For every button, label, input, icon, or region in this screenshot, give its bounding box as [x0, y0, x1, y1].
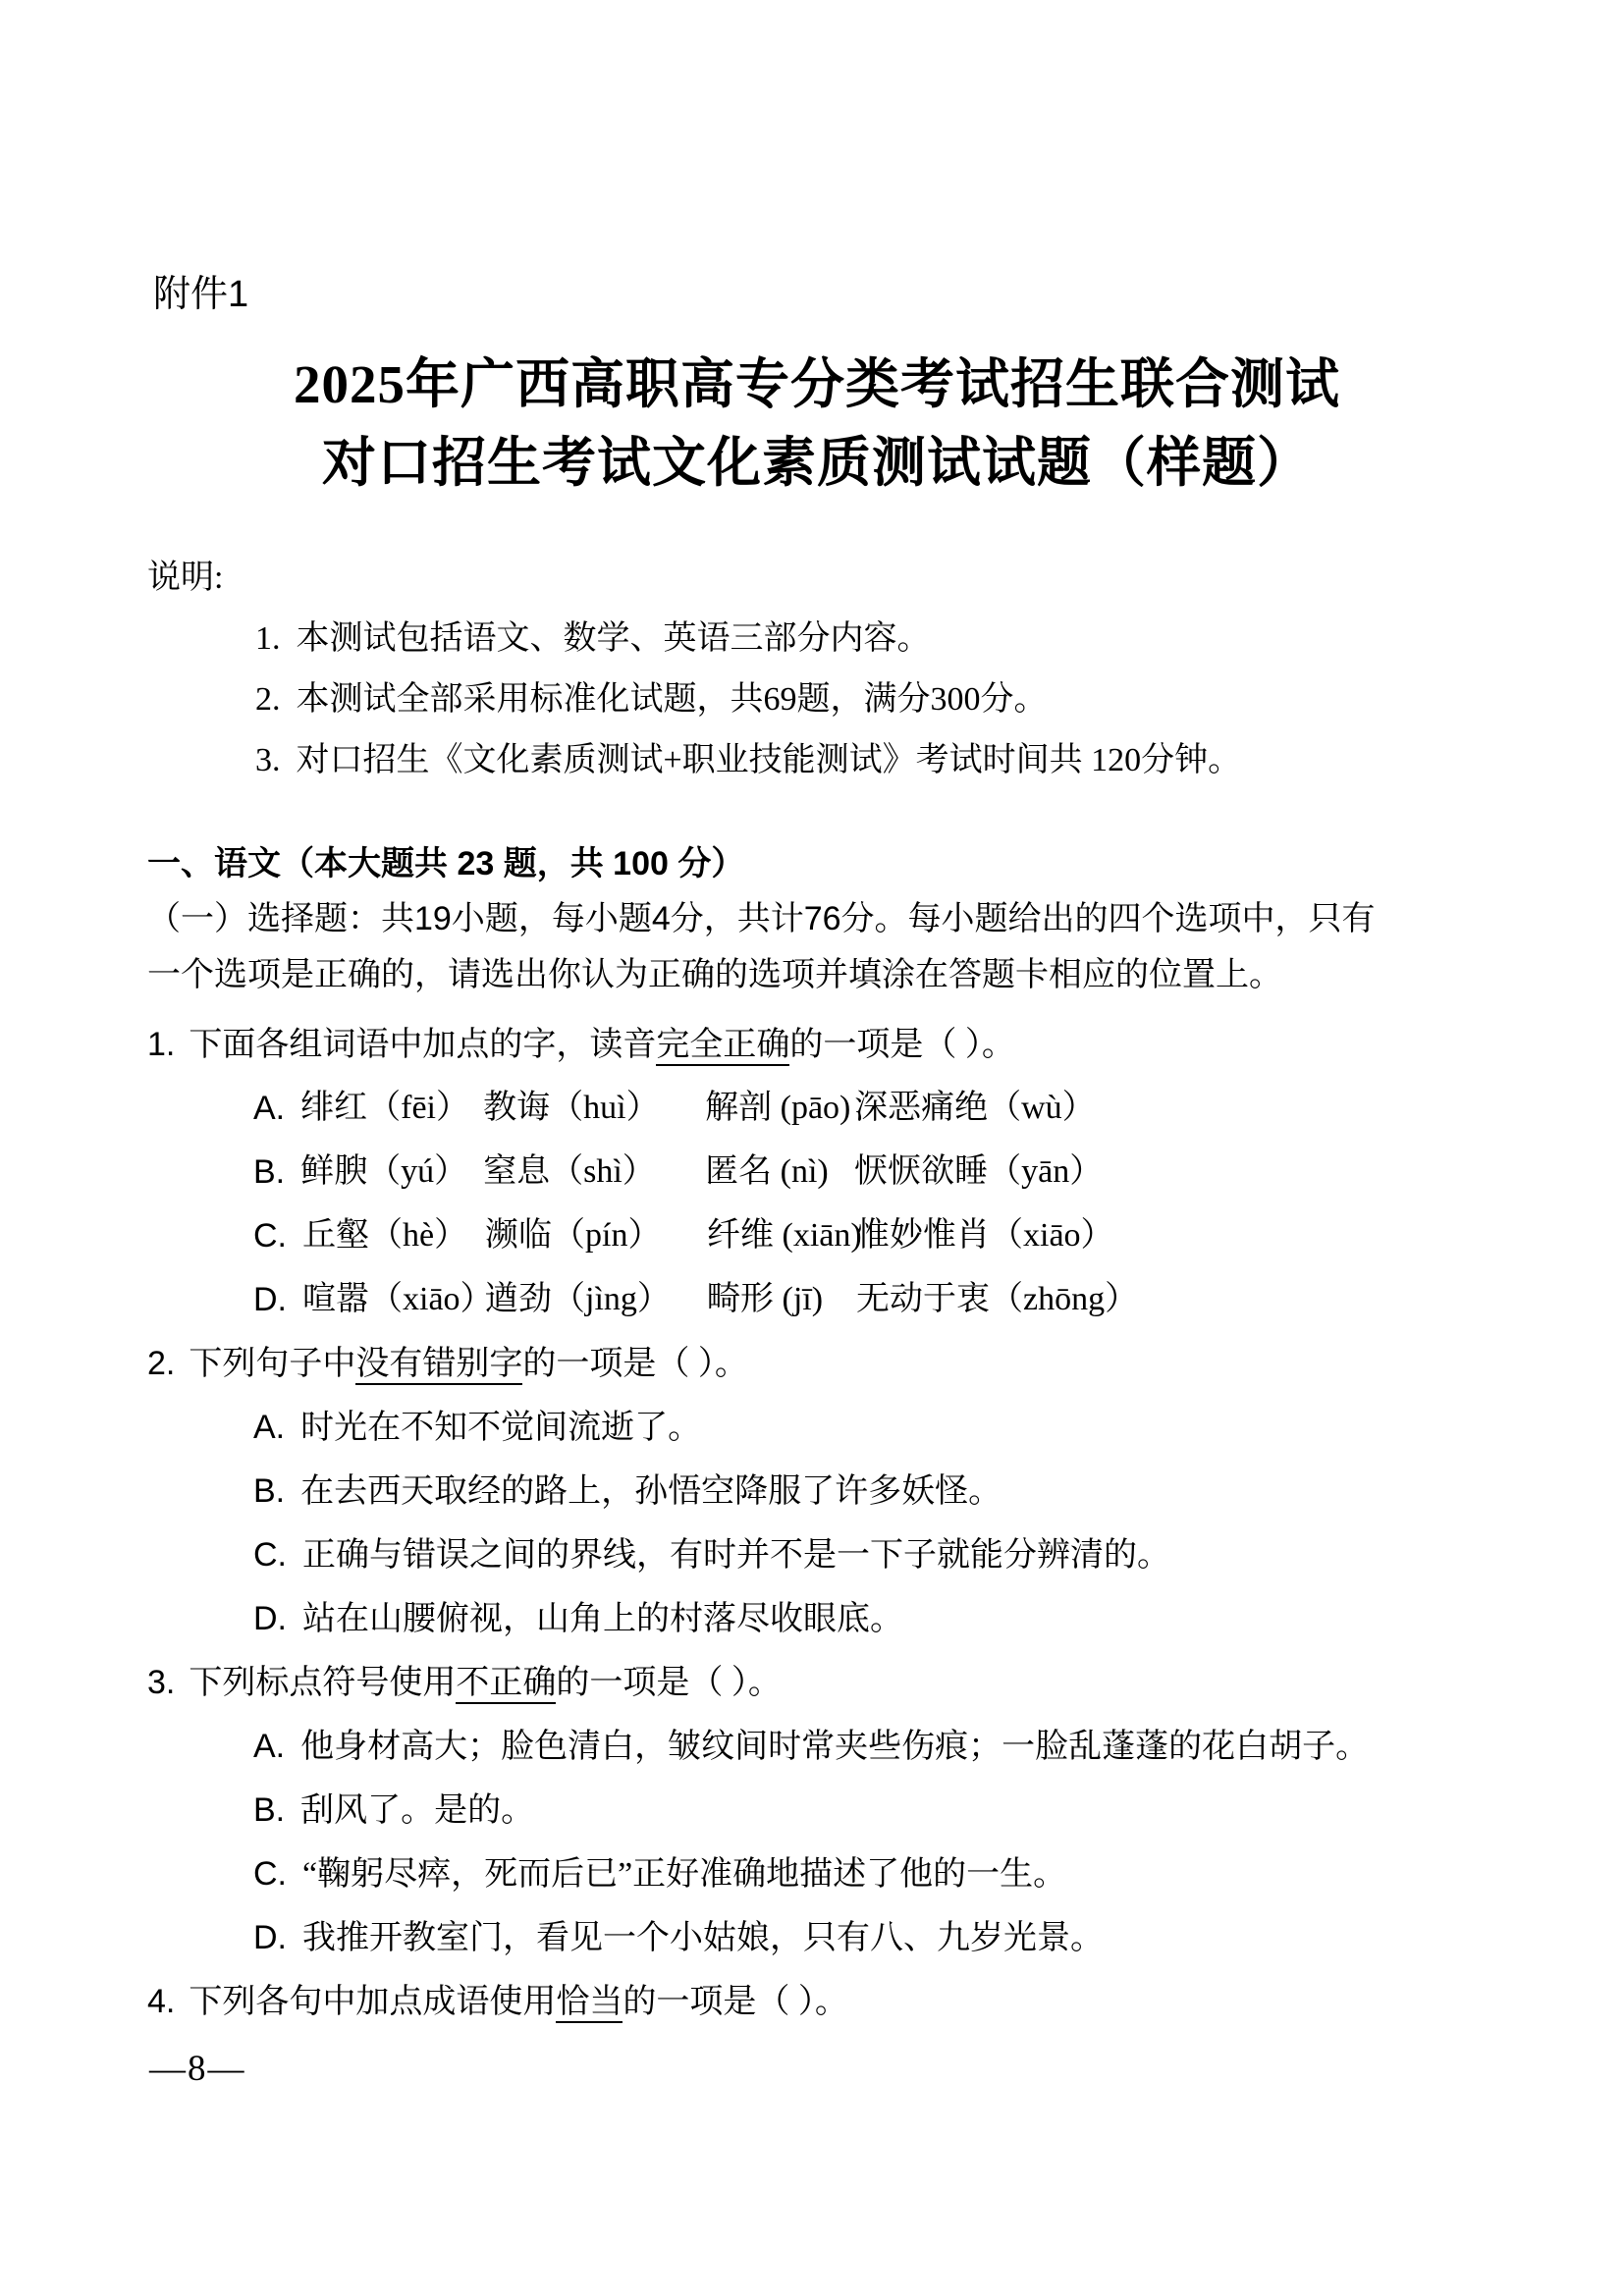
option-row-c: C.正确与错误之间的界线，有时并不是一下子就能分辨清的。	[253, 1523, 1487, 1587]
option-label: A.	[253, 1090, 285, 1127]
instruction-item-3: 3.对口招生《文化素质测试+职业技能测试》考试时间共 120分钟。	[255, 730, 1487, 791]
option-row-a: A.绯红（fēi）教诲（huì）解剖 (pāo)深恶痛绝（wù）	[253, 1077, 1487, 1141]
question-stem: 3.下列标点符号使用不正确的一项是（ ）。	[147, 1651, 1487, 1715]
page-content: 附件1 2025年广西高职高专分类考试招生联合测试 对口招生考试文化素质测试试题…	[0, 0, 1624, 2034]
word-group: 畸形 (jī)	[707, 1268, 856, 1331]
option-label: C.	[253, 1536, 287, 1574]
attachment-label: 附件1	[153, 273, 1487, 316]
option-row-a: A.时光在不知不觉间流逝了。	[253, 1396, 1487, 1460]
word-group: 解剖 (pāo)	[705, 1077, 854, 1140]
word-group: 恹恹欲睡（yān）	[854, 1141, 1103, 1203]
option-row-d: D.我推开教室门，看见一个小姑娘，只有八、九岁光景。	[253, 1906, 1487, 1970]
instruction-item-2: 2.本测试全部采用标准化试题，共69题，满分300分。	[255, 669, 1487, 730]
option-text: 刮风了。是的。	[300, 1792, 534, 1829]
question-number: 3.	[147, 1664, 175, 1701]
stem-underlined-text: 没有错别字	[355, 1346, 522, 1385]
option-label: D.	[253, 1600, 287, 1637]
word-group: 深恶痛绝（wù）	[854, 1077, 1096, 1140]
instruction-number: 1.	[255, 620, 281, 657]
option-label: C.	[253, 1855, 287, 1893]
option-text: 我推开教室门，看见一个小姑娘，只有八、九岁光景。	[302, 1920, 1104, 1956]
question-3: 3.下列标点符号使用不正确的一项是（ ）。 A.他身材高大；脸色清白，皱纹间时常…	[147, 1651, 1487, 1970]
option-text: 站在山腰俯视，山角上的村落尽收眼底。	[302, 1601, 903, 1637]
section-subheading-line-2: 一个选项是正确的，请选出你认为正确的选项并填涂在答题卡相应的位置上。	[147, 947, 1487, 1003]
stem-text: 下列句子中	[189, 1346, 355, 1382]
option-row-c: C.丘壑（hè）濒临（pín）纤维 (xiān)惟妙惟肖（xiāo）	[253, 1204, 1487, 1268]
title-line-1: 2025年广西高职高专分类考试招生联合测试	[147, 346, 1487, 424]
instructions-heading: 说明:	[147, 548, 1487, 609]
option-text: 正确与错误之间的界线，有时并不是一下子就能分辨清的。	[302, 1537, 1170, 1574]
question-stem: 4.下列各句中加点成语使用恰当的一项是（ ）。	[147, 1970, 1487, 2034]
question-number: 2.	[147, 1345, 175, 1382]
question-number: 4.	[147, 1983, 175, 2020]
word-group: 惟妙惟肖（xiāo）	[856, 1204, 1114, 1267]
stem-text: 下列标点符号使用	[189, 1665, 456, 1701]
word-group: 遒劲（jìng）	[485, 1268, 707, 1331]
stem-text: 下列各句中加点成语使用	[189, 1984, 556, 2020]
option-row-d: D.站在山腰俯视，山角上的村落尽收眼底。	[253, 1587, 1487, 1651]
stem-text: 的一项是（ ）。	[556, 1665, 782, 1701]
instructions-block: 说明: 1.本测试包括语文、数学、英语三部分内容。 2.本测试全部采用标准化试题…	[147, 548, 1487, 791]
document-title: 2025年广西高职高专分类考试招生联合测试 对口招生考试文化素质测试试题（样题）	[147, 346, 1487, 503]
section-heading: 一、语文（本大题共 23 题，共 100 分）	[147, 836, 1487, 891]
question-stem: 2.下列句子中没有错别字的一项是（ ）。	[147, 1332, 1487, 1396]
question-4: 4.下列各句中加点成语使用恰当的一项是（ ）。	[147, 1970, 1487, 2034]
word-group: 匿名 (nì)	[705, 1141, 854, 1203]
document-page: 附件1 2025年广西高职高专分类考试招生联合测试 对口招生考试文化素质测试试题…	[0, 0, 1624, 2296]
option-label: C.	[253, 1217, 287, 1255]
option-label: B.	[253, 1153, 285, 1191]
option-label: B.	[253, 1791, 285, 1829]
option-label: D.	[253, 1281, 287, 1318]
stem-underlined-text: 恰当	[556, 1984, 623, 2023]
option-text: 时光在不知不觉间流逝了。	[300, 1410, 701, 1446]
option-text: 他身材高大；脸色清白，皱纹间时常夹些伤痕；一脸乱蓬蓬的花白胡子。	[300, 1729, 1369, 1765]
word-group: 鲜腴（yú）	[300, 1141, 483, 1203]
option-row-b: B.在去西天取经的路上，孙悟空降服了许多妖怪。	[253, 1460, 1487, 1523]
instruction-text: 本测试全部采用标准化试题，共69题，满分300分。	[297, 681, 1048, 718]
question-stem: 1.下面各组词语中加点的字，读音完全正确的一项是（ ）。	[147, 1013, 1487, 1077]
option-label: D.	[253, 1919, 287, 1956]
word-group: 濒临（pín）	[485, 1204, 707, 1267]
instruction-text: 对口招生《文化素质测试+职业技能测试》考试时间共 120分钟。	[297, 742, 1242, 778]
instruction-number: 3.	[255, 742, 281, 778]
section-chinese: 一、语文（本大题共 23 题，共 100 分） （一）选择题：共19小题，每小题…	[147, 836, 1487, 1003]
question-2: 2.下列句子中没有错别字的一项是（ ）。 A.时光在不知不觉间流逝了。 B.在去…	[147, 1332, 1487, 1651]
instruction-text: 本测试包括语文、数学、英语三部分内容。	[297, 620, 931, 657]
option-row-b: B.刮风了。是的。	[253, 1779, 1487, 1842]
option-row-b: B.鲜腴（yú）窒息（shì）匿名 (nì)恹恹欲睡（yān）	[253, 1141, 1487, 1204]
stem-text: 的一项是（ ）。	[789, 1027, 1015, 1063]
word-group: 纤维 (xiān)	[707, 1204, 856, 1267]
question-number: 1.	[147, 1026, 175, 1063]
instruction-number: 2.	[255, 681, 281, 718]
instruction-item-1: 1.本测试包括语文、数学、英语三部分内容。	[255, 609, 1487, 669]
stem-text: 下面各组词语中加点的字，读音	[189, 1027, 656, 1063]
option-row-a: A.他身材高大；脸色清白，皱纹间时常夹些伤痕；一脸乱蓬蓬的花白胡子。	[253, 1715, 1487, 1779]
question-list: 1.下面各组词语中加点的字，读音完全正确的一项是（ ）。 A.绯红（fēi）教诲…	[147, 1013, 1487, 2034]
option-label: A.	[253, 1409, 285, 1446]
option-text: 在去西天取经的路上，孙悟空降服了许多妖怪。	[300, 1473, 1001, 1510]
word-group: 无动于衷（zhōng）	[856, 1268, 1138, 1331]
option-label: B.	[253, 1472, 285, 1510]
word-group: 教诲（huì）	[483, 1077, 705, 1140]
stem-text: 的一项是（ ）。	[522, 1346, 748, 1382]
section-subheading-line-1: （一）选择题：共19小题，每小题4分，共计76分。每小题给出的四个选项中，只有	[147, 891, 1487, 947]
option-row-d: D.喧嚣（xiāo）遒劲（jìng）畸形 (jī)无动于衷（zhōng）	[253, 1268, 1487, 1332]
title-line-2: 对口招生考试文化素质测试试题（样题）	[147, 424, 1487, 503]
word-group: 窒息（shì）	[483, 1141, 705, 1203]
question-1: 1.下面各组词语中加点的字，读音完全正确的一项是（ ）。 A.绯红（fēi）教诲…	[147, 1013, 1487, 1332]
word-group: 喧嚣（xiāo）	[302, 1268, 485, 1331]
stem-underlined-text: 完全正确	[656, 1027, 789, 1066]
option-text: “鞠躬尽瘁，死而后已”正好准确地描述了他的一生。	[302, 1856, 1066, 1893]
word-group: 绯红（fēi）	[300, 1077, 483, 1140]
word-group: 丘壑（hè）	[302, 1204, 485, 1267]
option-row-c: C.“鞠躬尽瘁，死而后已”正好准确地描述了他的一生。	[253, 1842, 1487, 1906]
option-label: A.	[253, 1728, 285, 1765]
page-number: —8—	[149, 2048, 246, 2090]
stem-underlined-text: 不正确	[456, 1665, 556, 1704]
stem-text: 的一项是（ ）。	[623, 1984, 848, 2020]
